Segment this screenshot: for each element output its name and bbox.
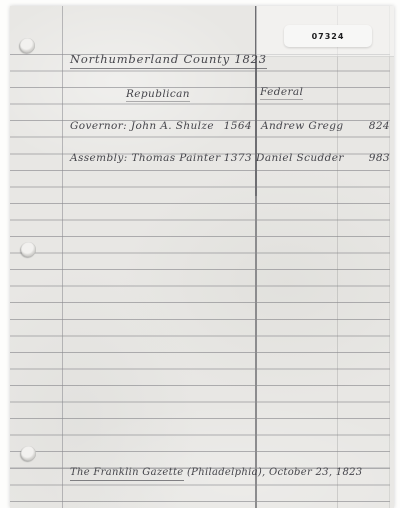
paper-crease-line	[337, 6, 338, 508]
left-margin-line	[62, 6, 63, 508]
punch-hole-bottom	[21, 446, 36, 461]
page-title: Northumberland County 1823	[70, 52, 267, 66]
governor-federal-votes: 824	[338, 120, 390, 132]
punch-hole-top	[20, 38, 35, 53]
assembly-federal-candidate: Daniel Scudder	[256, 152, 344, 164]
catalog-number: 07324	[312, 32, 345, 41]
citation-source-title: The Franklin Gazette	[70, 467, 184, 481]
assembly-federal-votes: 983	[338, 152, 390, 164]
scanned-document-canvas: 07324 Northumberland County 1823 Republi…	[0, 0, 400, 508]
column-header-federal: Federal	[260, 86, 303, 100]
source-citation: The Franklin Gazette (Philadelphia), Oct…	[70, 467, 362, 478]
office-label: Governor:	[70, 120, 127, 132]
row-governor-republican-entry: Governor: John A. Shulze	[70, 120, 214, 132]
punch-hole-middle	[21, 242, 36, 257]
citation-details: (Philadelphia), October 23, 1823	[184, 467, 363, 478]
page-title-text: Northumberland County 1823	[70, 52, 267, 69]
assembly-republican-votes: 1373	[200, 152, 252, 164]
office-label: Assembly:	[70, 152, 128, 164]
governor-republican-votes: 1564	[200, 120, 252, 132]
governor-federal-candidate: Andrew Gregg	[261, 120, 344, 132]
column-header-republican: Republican	[126, 88, 190, 102]
catalog-number-sticker: 07324	[284, 25, 372, 47]
right-edge-line	[389, 6, 390, 508]
row-assembly-republican-entry: Assembly: Thomas Painter	[70, 152, 221, 164]
